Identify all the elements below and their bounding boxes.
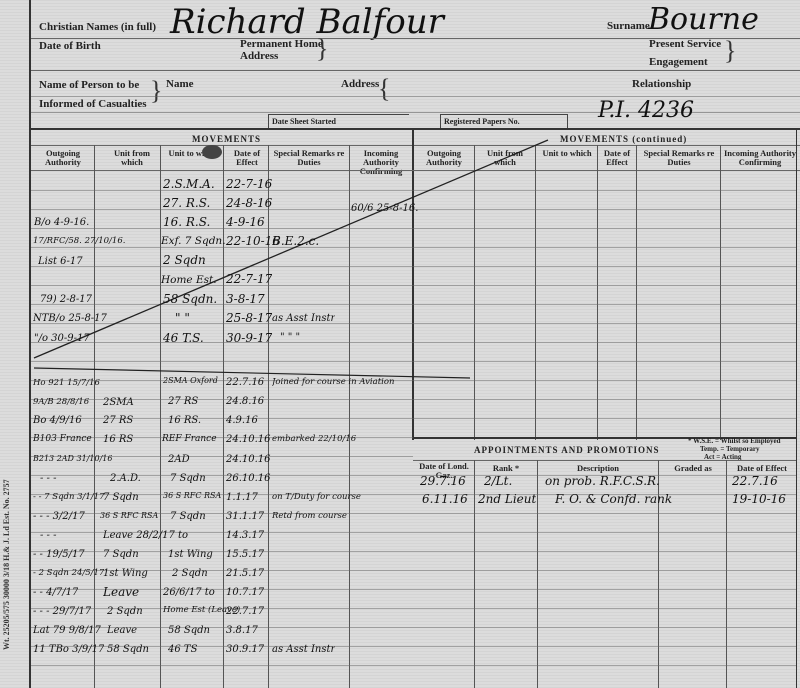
- cell-date: 26.10.16: [226, 473, 271, 484]
- cell-remarks: as Asst Instr: [272, 313, 335, 324]
- col-rank: Rank *: [476, 464, 536, 473]
- cell-outgoing: Lat 79 9/8/17: [33, 625, 101, 636]
- cell-unit-to: 58 Sqdn: [168, 625, 210, 636]
- cell-unit-to: 7 Sqdn: [170, 511, 206, 522]
- cell-unit-from: 1st Wing: [103, 568, 148, 579]
- cell-unit-to: 2.S.M.A.: [163, 177, 215, 191]
- cell-unit-to: 46 TS: [168, 644, 197, 655]
- cell-remarks: on T/Duty for course: [272, 492, 361, 502]
- cell-unit-from: Leave: [107, 625, 137, 636]
- cell-unit-from: 27 RS: [103, 415, 133, 426]
- cell-effect-date: 19-10-16: [732, 492, 786, 506]
- cell-remarks: " " ": [280, 332, 300, 343]
- cell-date: 4.9.16: [226, 415, 258, 426]
- cell-date: 24.10.16: [226, 434, 271, 445]
- cell-date: 30-9-17: [226, 331, 272, 345]
- cell-description: on prob. R.F.C.S.R.: [545, 474, 660, 488]
- cell-unit-from: 16 RS: [103, 434, 133, 445]
- cell-unit-from: 58 Sqdn: [107, 644, 149, 655]
- service-record-card: Wt. 25205/575 30000 3/18 H.& J. Ld Est. …: [0, 0, 800, 688]
- cell-date: 24.10.16: [226, 454, 271, 465]
- cell-outgoing: - - - 3/2/17: [33, 511, 85, 522]
- cell-unit-from: 7 Sqdn: [103, 549, 139, 560]
- cell-outgoing: "/o 30-9-17: [34, 333, 90, 344]
- cell-outgoing: - - 19/5/17: [33, 549, 85, 560]
- cell-unit-to: 27. R.S.: [163, 196, 210, 210]
- cell-remarks: Retd from course: [272, 511, 347, 521]
- cell-unit-from: 7 Sqdn: [103, 492, 139, 503]
- cell-outgoing: 9A/B 28/8/16: [33, 397, 89, 407]
- cell-remarks: B.E.2.c.: [272, 234, 319, 248]
- cell-incoming: 60/6 25-8-16.: [351, 203, 418, 214]
- cell-outgoing: Ho 921 15/7/16: [33, 378, 100, 388]
- cell-outgoing: B213 2AD 31/10/16: [33, 454, 112, 463]
- col-graded-as: Graded as: [660, 464, 726, 473]
- cell-date: 31.1.17: [226, 511, 264, 522]
- cell-unit-from: 2 Sqdn: [107, 606, 143, 617]
- cell-date: 1.1.17: [226, 492, 258, 503]
- ink-blot: [202, 145, 222, 159]
- cell-date: 10.7.17: [226, 587, 264, 598]
- cell-remarks: Joined for course in Aviation: [272, 377, 394, 387]
- cell-unit-from: 2.A.D.: [110, 473, 141, 484]
- cell-outgoing: - - 7 Sqdn 3/1/17: [33, 492, 105, 502]
- cell-unit-from: 2SMA: [103, 397, 134, 408]
- cell-outgoing: 79) 2-8-17: [40, 294, 92, 305]
- cell-date: 22.7.17: [226, 606, 264, 617]
- cell-date: 25-8-17: [226, 311, 272, 325]
- cell-unit-to: 2 Sqdn: [163, 253, 206, 267]
- cell-unit-from: Leave: [103, 585, 139, 599]
- cell-rank: 2nd Lieut: [478, 492, 536, 506]
- cell-date: 24-8-16: [226, 196, 272, 210]
- cell-outgoing: 11 TBo 3/9/17: [33, 644, 104, 655]
- cell-unit-to: 26/6/17 to: [163, 587, 215, 598]
- cell-rank: 2/Lt.: [484, 474, 512, 488]
- cell-unit-to: 2AD: [168, 454, 190, 465]
- cell-outgoing: 17/RFC/58. 27/10/16.: [33, 236, 125, 246]
- cell-outgoing: Bo 4/9/16: [33, 415, 82, 426]
- cell-date: 14.3.17: [226, 530, 264, 541]
- cell-remarks: as Asst Instr: [272, 644, 335, 655]
- cell-date: 22-7-17: [226, 272, 272, 286]
- cell-outgoing: - - -: [40, 473, 57, 484]
- cell-remarks: embarked 22/10/16: [272, 434, 356, 444]
- cell-unit-to: 27 RS: [168, 396, 198, 407]
- cell-outgoing: NTB/o 25-8-17: [33, 313, 107, 324]
- cell-effect-date: 22.7.16: [732, 474, 778, 488]
- cell-outgoing: - 2 Sqdn 24/5/17: [33, 568, 104, 578]
- cell-date: 4-9-16: [226, 215, 265, 229]
- cell-unit-to: 58 Sqdn.: [163, 292, 217, 306]
- cell-date: 15.5.17: [226, 549, 264, 560]
- cell-gazette-date: 6.11.16: [422, 492, 468, 506]
- legend-wse: * W.S.E. = Whilst so Employed: [688, 437, 781, 445]
- cell-description: F. O. & Confd. rank: [555, 492, 672, 506]
- cell-date: 3.8.17: [226, 625, 258, 636]
- cell-gazette-date: 29.7.16: [420, 474, 466, 488]
- cell-unit-to: 36 S RFC RSA: [163, 491, 221, 500]
- cell-unit-to: Home Est.: [161, 274, 217, 286]
- appointments-title: APPOINTMENTS AND PROMOTIONS: [474, 445, 660, 455]
- cell-unit-to: 2 Sqdn: [172, 568, 208, 579]
- cell-unit-to: 7 Sqdn: [170, 473, 206, 484]
- cell-unit-to: 46 T.S.: [163, 331, 204, 345]
- cell-outgoing: - - -: [40, 530, 57, 541]
- cell-unit-to: " ": [175, 311, 190, 325]
- cell-date: 3-8-17: [226, 292, 265, 306]
- cell-date: 21.5.17: [226, 568, 264, 579]
- cell-unit-from: Leave 28/2/17 to: [103, 530, 188, 541]
- cell-unit-from: 36 S RFC RSA: [100, 511, 158, 520]
- col-description: Description: [539, 464, 657, 473]
- cell-unit-to: 1st Wing: [168, 549, 213, 560]
- cell-outgoing: List 6-17: [38, 256, 83, 267]
- cell-outgoing: B103 France: [33, 434, 92, 444]
- cell-outgoing: B/o 4-9-16.: [34, 217, 89, 228]
- cell-unit-to: 16. R.S.: [163, 215, 210, 229]
- cell-outgoing: - - - 29/7/17: [33, 606, 91, 617]
- col-date-of-effect: Date of Effect: [728, 464, 796, 473]
- cell-date: 24.8.16: [226, 396, 264, 407]
- cell-date: 22.7.16: [226, 377, 264, 388]
- cell-date: 22-7-16: [226, 177, 272, 191]
- cell-unit-to: 16 RS.: [168, 415, 201, 426]
- cell-unit-to: 2SMA Oxford: [163, 376, 218, 385]
- cell-outgoing: - - 4/7/17: [33, 587, 78, 598]
- cell-date: 30.9.17: [226, 644, 264, 655]
- legend-temp: Temp. = Temporary: [700, 445, 760, 453]
- cell-unit-to: REF France: [162, 434, 217, 444]
- cell-unit-to: Exf. 7 Sqdn.: [161, 235, 226, 247]
